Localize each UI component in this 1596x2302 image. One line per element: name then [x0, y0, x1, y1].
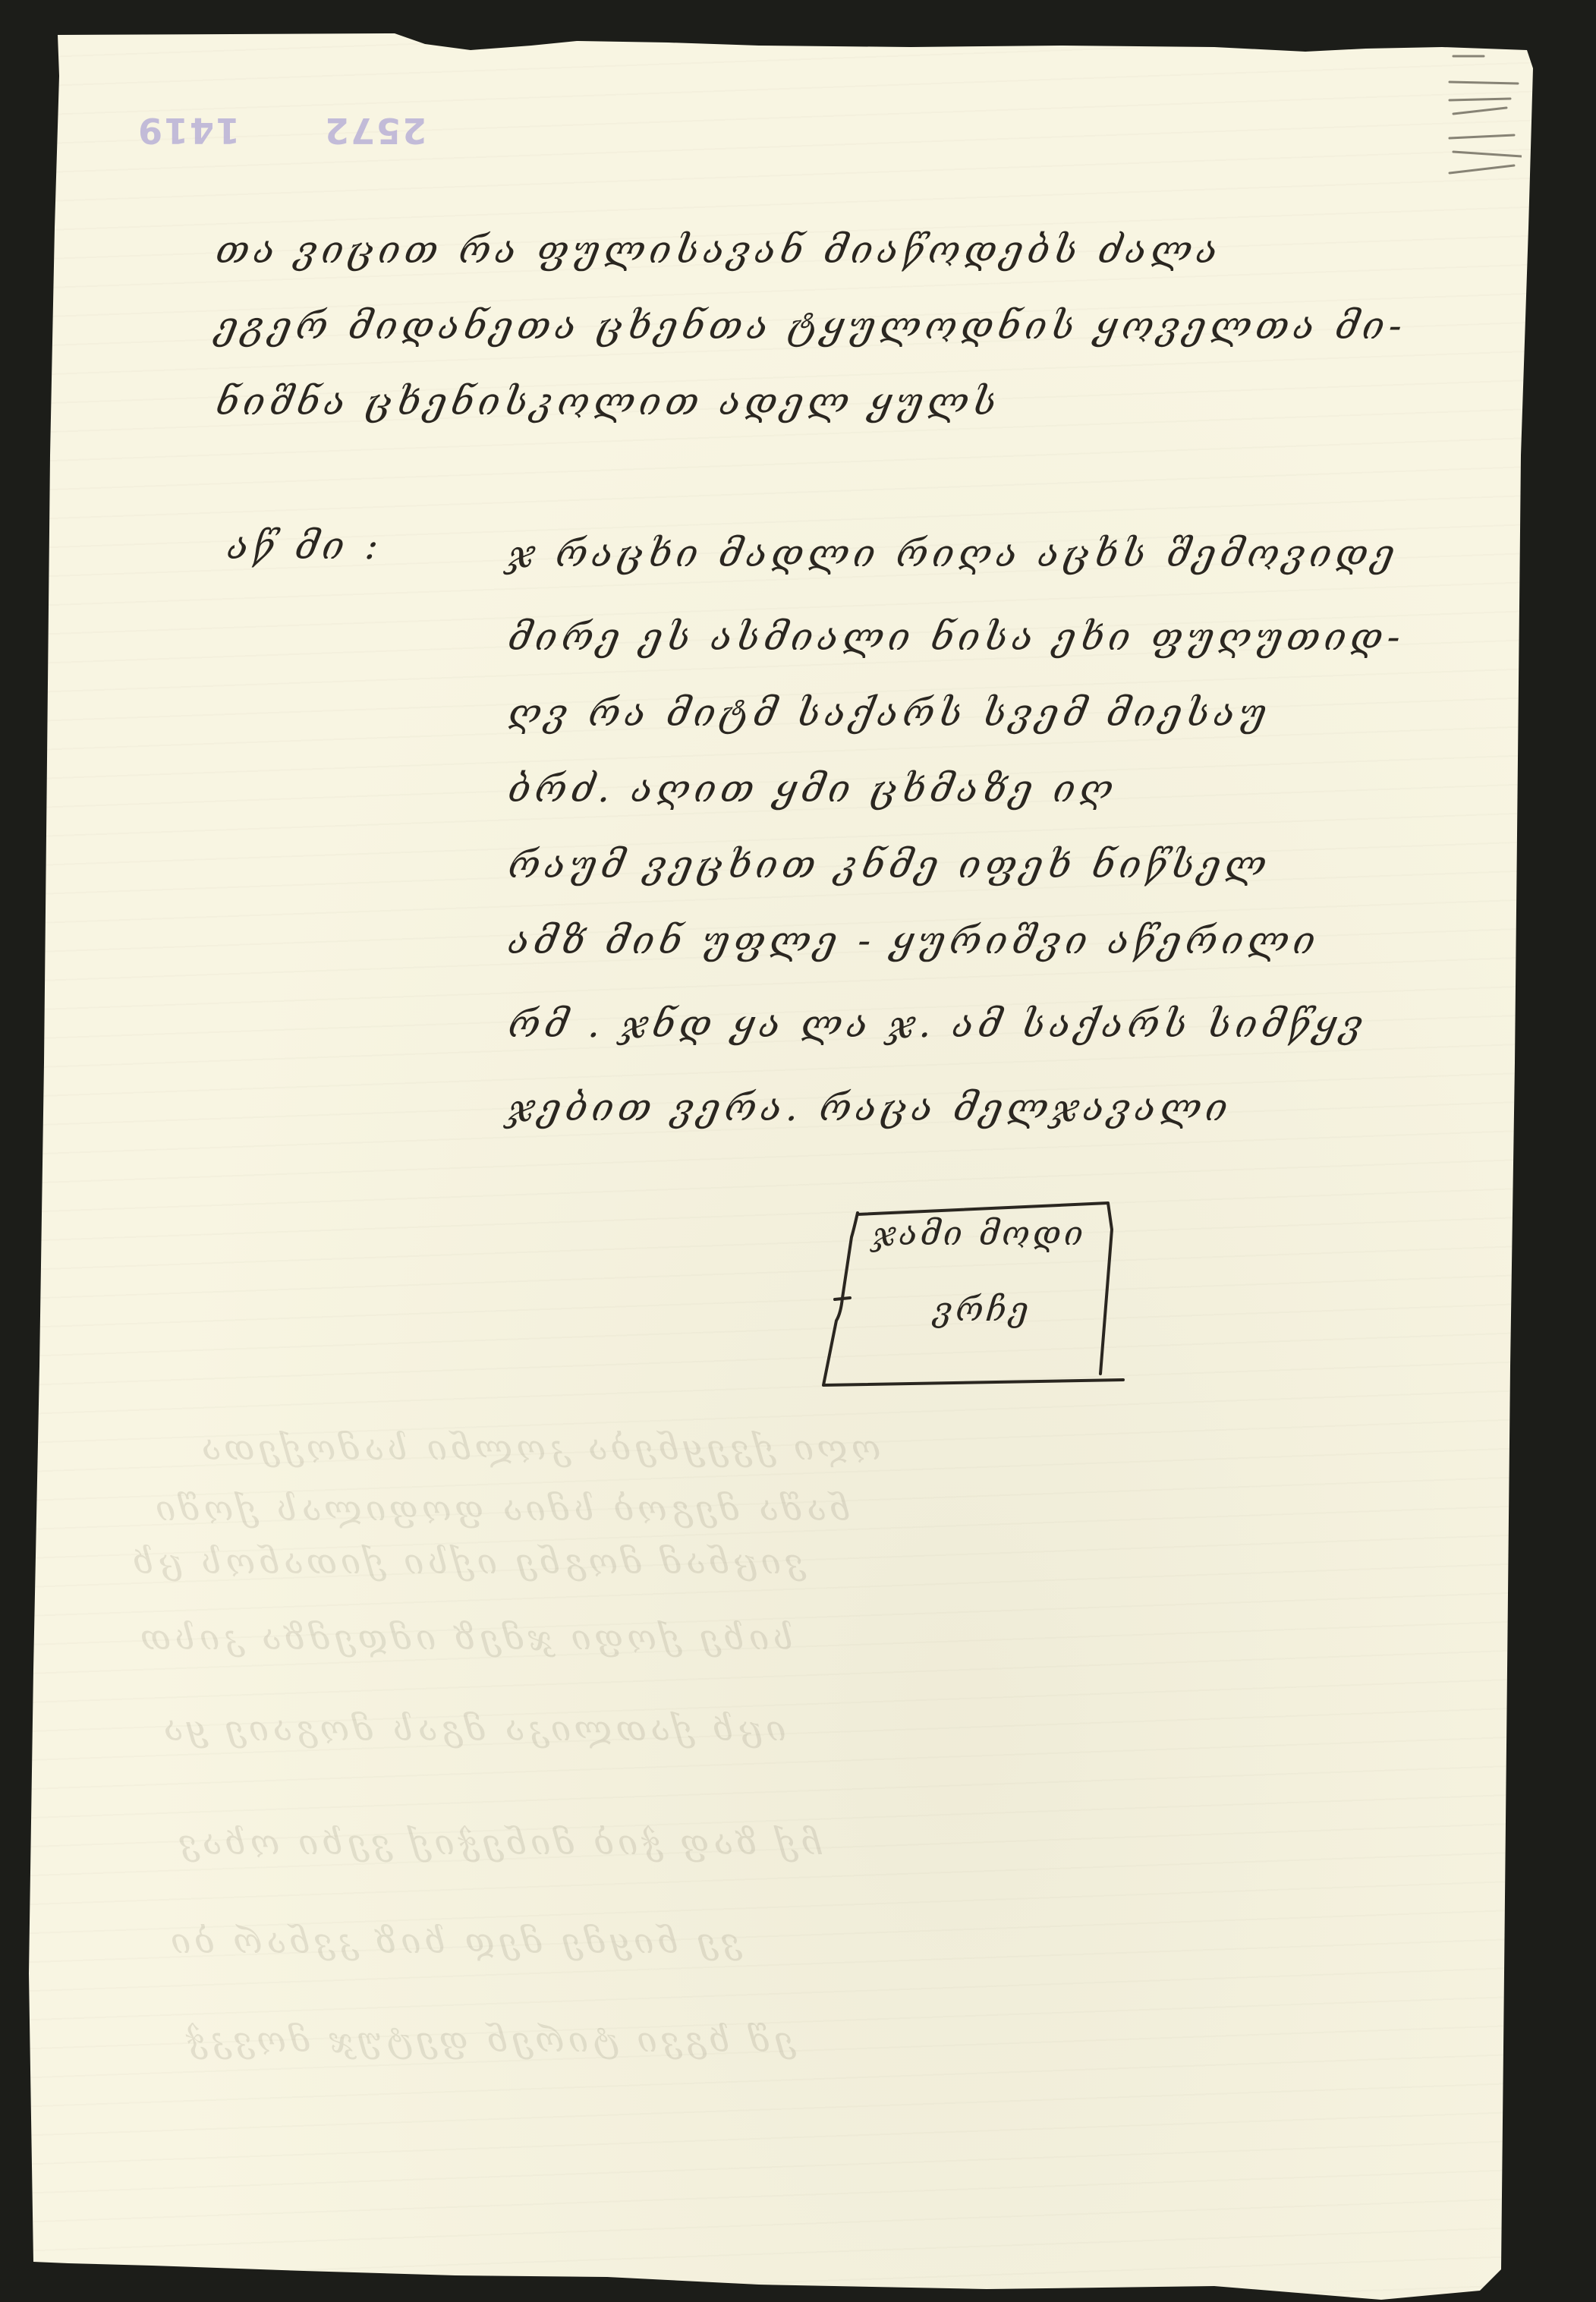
signature-line-2: ვრჩე — [933, 1290, 1031, 1329]
archive-number-1: 2572 — [323, 110, 427, 151]
intro-line: ეგერ მიდანეთა ცხენთა ტყულოდნის ყოველთა მ… — [214, 304, 1409, 348]
show-through-line: სიხე ქოფი ჯმეზ იმდემზა კისთ — [137, 1617, 794, 1658]
signature-line-1: ჯამი მოდი — [873, 1214, 1086, 1253]
body-line: რაუმ ვეცხით კნმე იფეხ ნიწსელ — [506, 842, 1273, 886]
note-label: აწ მი : — [225, 524, 385, 568]
body-line: ჯ რაცხი მადლი რიღა აცხს შემოვიდე — [506, 531, 1401, 575]
body-line: რმ . ჯნდ ყა ლა ჯ. ამ საქარს სიმწყვ — [506, 1002, 1370, 1046]
body-line: ამზ მინ უფლე - ყურიშვი აწერილი — [506, 918, 1322, 962]
show-through-line: ვიცნამ მოგნე იქსი ქითანოს ცხ — [129, 1541, 804, 1582]
body-line: მირე ეს ასმიალი ნისა ეხი ფუღუთიდ- — [506, 615, 1407, 659]
intro-line: ნიშნა ცხენისკოლით ადელ ყულს — [214, 379, 1003, 424]
show-through-line: იცხ ქათლიკა მგას მოგაიე ყა — [159, 1708, 785, 1749]
archive-number-2: 1419 — [137, 110, 240, 151]
paper-sheet: 2572 1419 ოღი ქვეყნება კოლნი სამოქეთა ნა… — [0, 0, 1596, 2302]
show-through-line: ნაშა მეგობ სმია ფოფილას ქოში — [152, 1488, 850, 1529]
edge-ink-marks-icon — [1446, 38, 1522, 190]
body-line: ჯებით ვერა. რაცა მელჯავალი — [506, 1085, 1234, 1129]
show-through-line: ეშ ხგვი ტირენ ფეტუჯ მოვკჭ — [182, 2019, 795, 2060]
show-through-line: ვე ნიყმე მედ ხიზ კვნარ ბი — [167, 1920, 741, 1961]
signature-box: ჯამი მოდი ვრჩე — [820, 1184, 1131, 1389]
show-through-line: ოღი ქვეყნება კოლნი სამოქეთა — [197, 1427, 880, 1468]
body-line: ღვ რა მიტმ საქარს სვემ მიესაუ — [506, 691, 1273, 735]
show-through-line: ჩქ ზაფ ჭიბ მინეჭიქ ვეხი ოხავ — [175, 1822, 822, 1863]
archive-stamp: 2572 1419 — [137, 110, 427, 151]
body-line: ბრძ. აღით ყმი ცხმაზე იღ — [506, 767, 1119, 811]
intro-line: თა ვიცით რა ფულისავან მიაწოდებს ძალა — [214, 228, 1224, 272]
document-scan: 2572 1419 ოღი ქვეყნება კოლნი სამოქეთა ნა… — [0, 0, 1596, 2302]
